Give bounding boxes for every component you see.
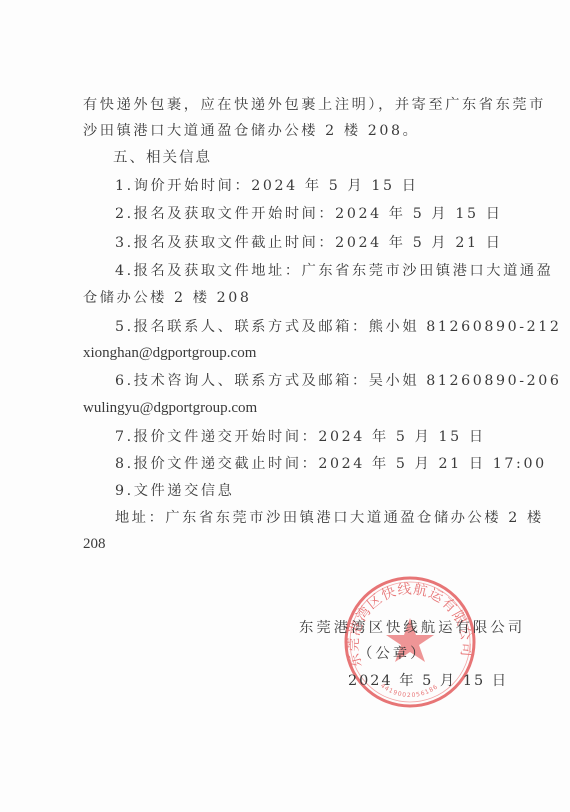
contact-email-wu: wulingyu@dgportgroup.com: [83, 399, 257, 417]
info-item-1: 1.询价开始时间：2024 年 5 月 15 日: [115, 177, 419, 195]
info-item-4-continued: 仓储办公楼 2 楼 208: [83, 289, 252, 307]
info-item-7: 7.报价文件递交开始时间：2024 年 5 月 15 日: [115, 428, 486, 446]
seal-note: （公章）: [358, 642, 428, 663]
info-item-6: 6.技术咨询人、联系方式及邮箱：吴小姐 81260890-206: [115, 372, 562, 390]
delivery-address-continued: 208: [83, 535, 106, 553]
signature-date: 2024 年 5 月 15 日: [348, 669, 508, 690]
delivery-address: 地址：广东省东莞市沙田镇港口大道通盈仓储办公楼 2 楼: [115, 509, 544, 527]
contact-email-xiong: xionghan@dgportgroup.com: [83, 344, 256, 362]
info-item-3: 3.报名及获取文件截止时间：2024 年 5 月 21 日: [115, 234, 502, 252]
document-page: 有快递外包裹，应在快递外包裹上注明），并寄至广东省东莞市 沙田镇港口大道通盈仓储…: [0, 0, 570, 812]
info-item-8: 8.报价文件递交截止时间：2024 年 5 月 21 日 17:00: [115, 455, 547, 473]
info-item-2: 2.报名及获取文件开始时间：2024 年 5 月 15 日: [115, 205, 502, 223]
company-name-signature: 东莞港湾区快线航运有限公司: [299, 616, 525, 637]
info-item-9: 9.文件递交信息: [115, 482, 234, 500]
paragraph-line-1: 有快递外包裹，应在快递外包裹上注明），并寄至广东省东莞市: [83, 96, 546, 114]
section-heading: 五、相关信息: [113, 149, 212, 167]
info-item-4: 4.报名及获取文件地址：广东省东莞市沙田镇港口大道通盈: [115, 262, 553, 280]
info-item-5: 5.报名联系人、联系方式及邮箱：熊小姐 81260890-212: [115, 318, 562, 336]
paragraph-line-2: 沙田镇港口大道通盈仓储办公楼 2 楼 208。: [83, 122, 419, 140]
